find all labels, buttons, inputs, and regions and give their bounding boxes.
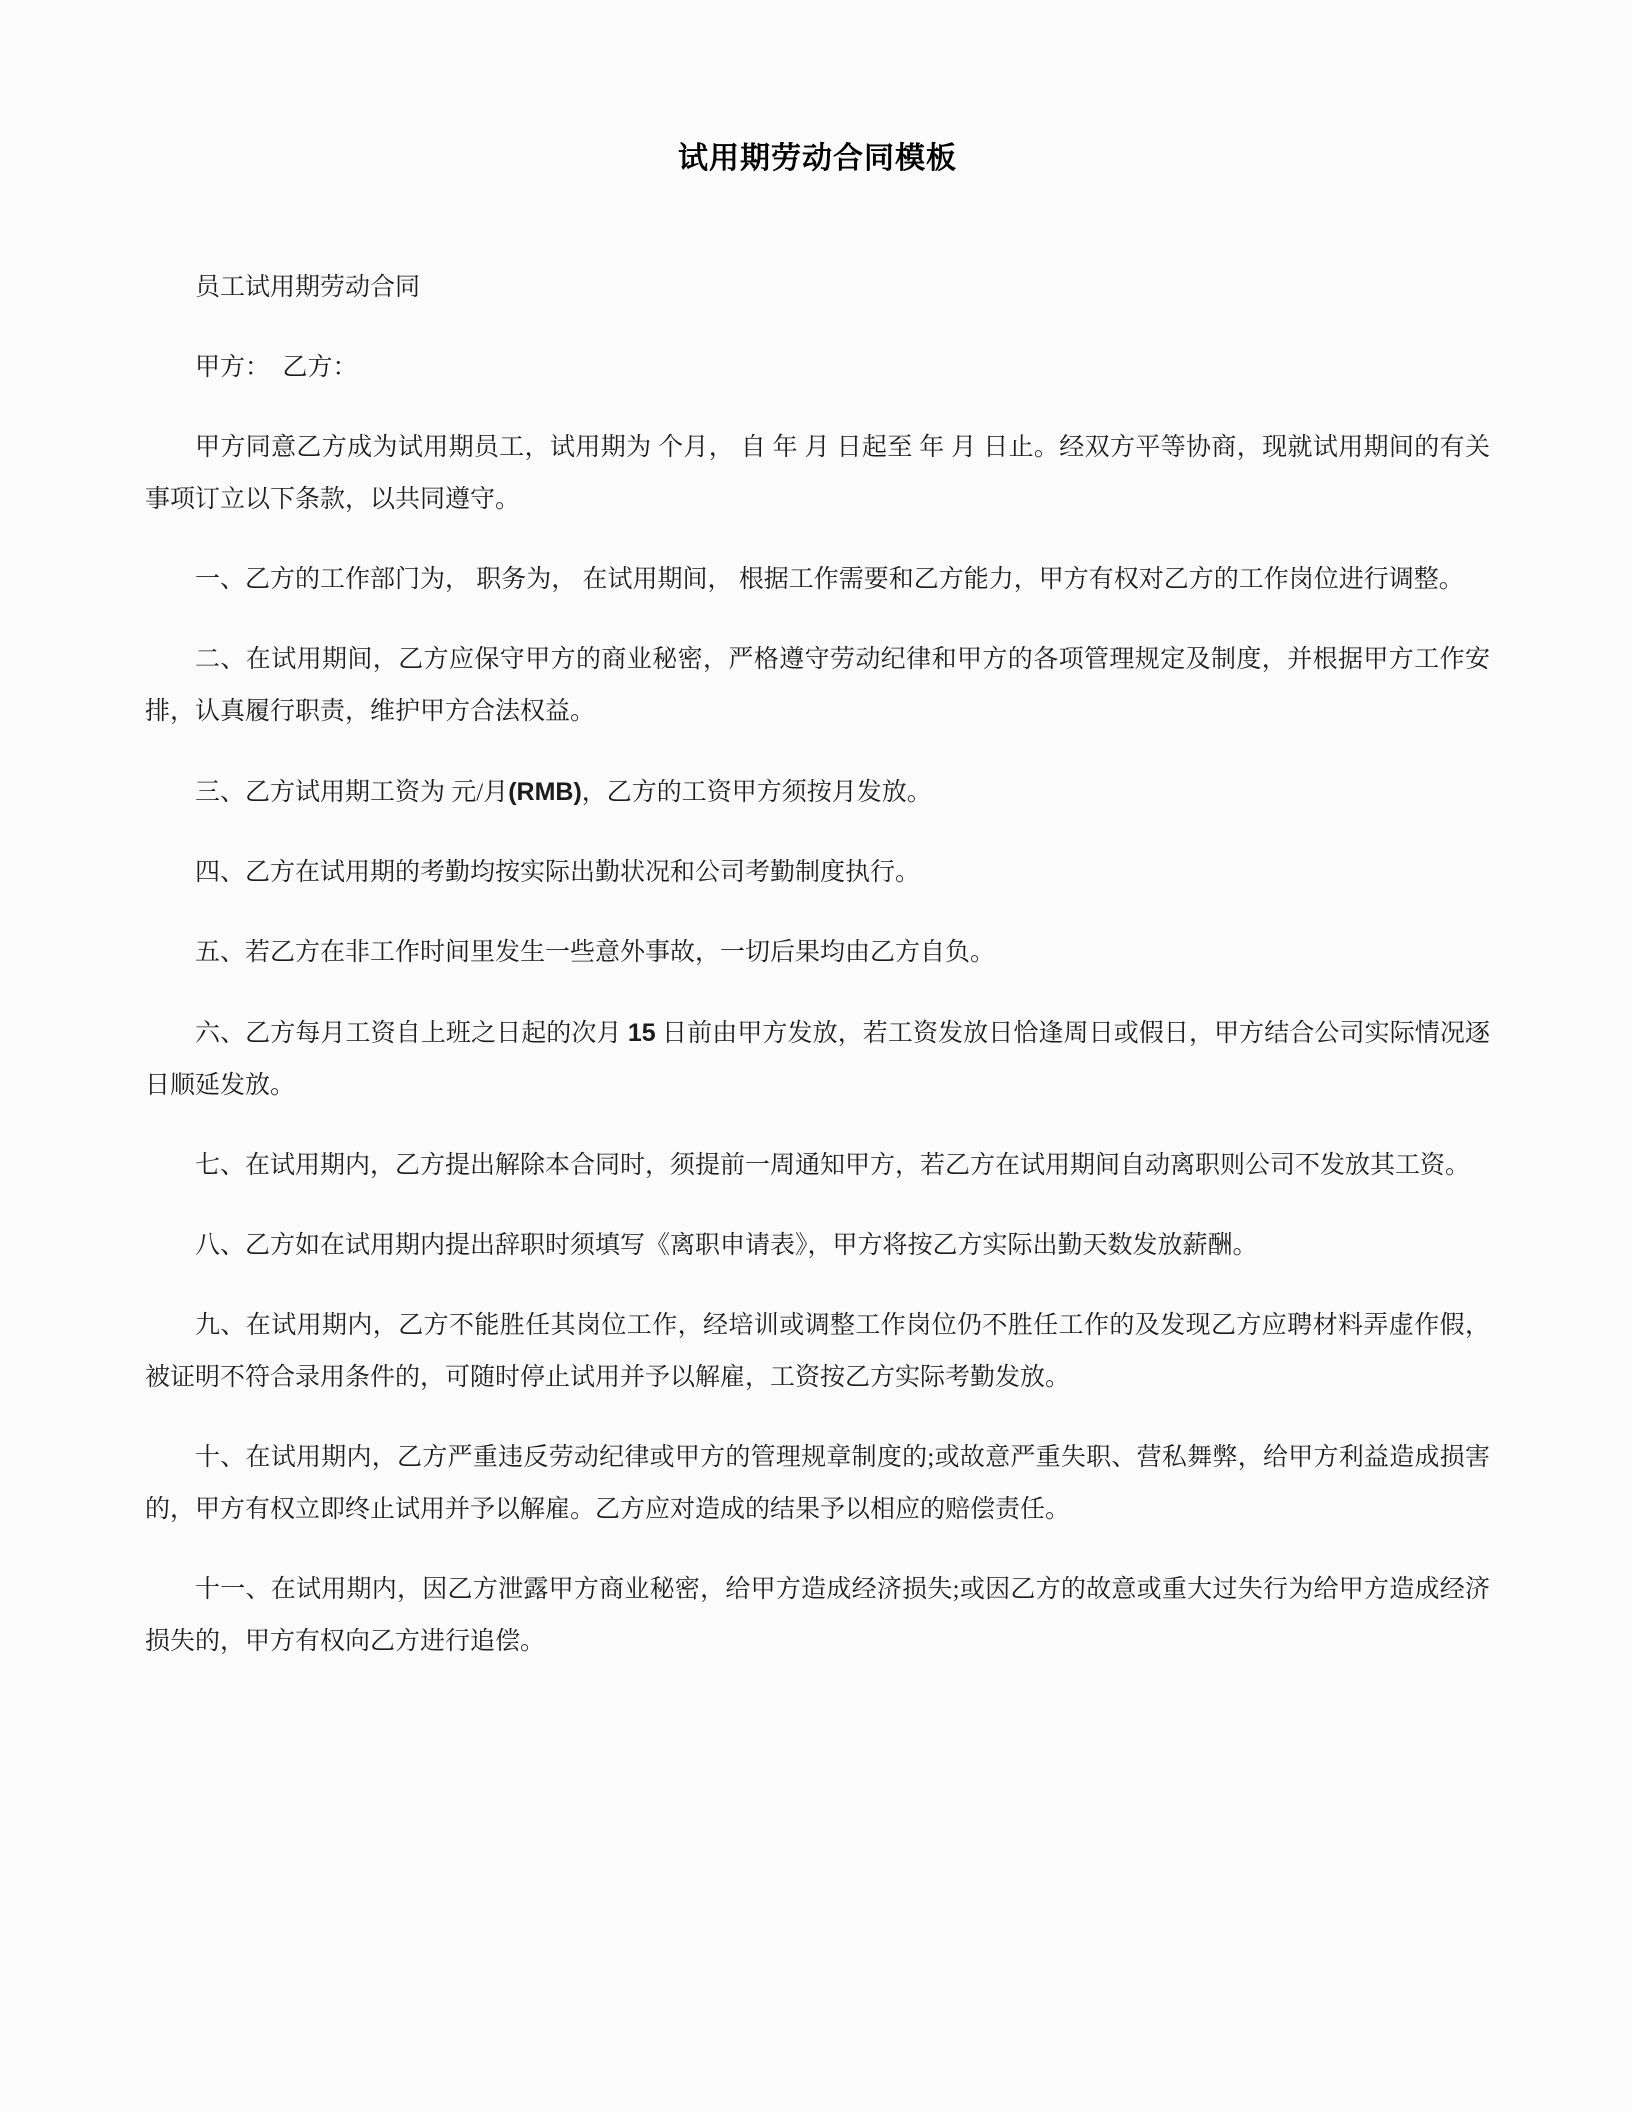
paragraph-run: 四、乙方在试用期的考勤均按实际出勤状况和公司考勤制度执行。 <box>195 859 920 886</box>
paragraph: 八、乙方如在试用期内提出辞职时须填写《离职申请表》，甲方将按乙方实际出勤天数发放… <box>145 1220 1490 1272</box>
paragraph: 四、乙方在试用期的考勤均按实际出勤状况和公司考勤制度执行。 <box>145 847 1490 899</box>
paragraph-run-bold: (RMB) <box>508 778 582 806</box>
paragraph-run: 三、乙方试用期工资为 元/月 <box>195 779 508 806</box>
paragraph-run: 一、乙方的工作部门为， 职务为， 在试用期间， 根据工作需要和乙方能力，甲方有权… <box>195 566 1464 593</box>
paragraph-run: 九、在试用期内，乙方不能胜任其岗位工作，经培训或调整工作岗位仍不胜任工作的及发现… <box>145 1312 1490 1391</box>
paragraph-run: ，乙方的工资甲方须按月发放。 <box>582 779 932 806</box>
document-body: 员工试用期劳动合同甲方： 乙方：甲方同意乙方成为试用期员工，试用期为 个月， 自… <box>145 262 1490 1668</box>
paragraph-run: 员工试用期劳动合同 <box>195 274 420 301</box>
paragraph-run: 十、在试用期内，乙方严重违反劳动纪律或甲方的管理规章制度的;或故意严重失职、营私… <box>145 1444 1490 1523</box>
paragraph: 员工试用期劳动合同 <box>145 262 1490 314</box>
paragraph: 二、在试用期间，乙方应保守甲方的商业秘密，严格遵守劳动纪律和甲方的各项管理规定及… <box>145 634 1490 738</box>
paragraph: 六、乙方每月工资自上班之日起的次月 15 日前由甲方发放，若工资发放日恰逢周日或… <box>145 1007 1490 1112</box>
document-page: 试用期劳动合同模板 员工试用期劳动合同甲方： 乙方：甲方同意乙方成为试用期员工，… <box>0 0 1632 2112</box>
document-title: 试用期劳动合同模板 <box>145 138 1490 180</box>
paragraph: 七、在试用期内，乙方提出解除本合同时，须提前一周通知甲方，若乙方在试用期间自动离… <box>145 1140 1490 1192</box>
paragraph: 甲方同意乙方成为试用期员工，试用期为 个月， 自 年 月 日起至 年 月 日止。… <box>145 422 1490 526</box>
paragraph-run: 五、若乙方在非工作时间里发生一些意外事故，一切后果均由乙方自负。 <box>195 939 995 966</box>
paragraph: 十一、在试用期内，因乙方泄露甲方商业秘密，给甲方造成经济损失;或因乙方的故意或重… <box>145 1564 1490 1668</box>
paragraph-run: 甲方同意乙方成为试用期员工，试用期为 个月， 自 年 月 日起至 年 月 日止。… <box>145 434 1490 513</box>
paragraph-run-bold: 15 <box>628 1019 656 1047</box>
paragraph-run: 二、在试用期间，乙方应保守甲方的商业秘密，严格遵守劳动纪律和甲方的各项管理规定及… <box>145 646 1490 725</box>
paragraph-run: 甲方： 乙方： <box>195 354 358 381</box>
paragraph-run: 六、乙方每月工资自上班之日起的次月 <box>195 1020 628 1047</box>
paragraph: 五、若乙方在非工作时间里发生一些意外事故，一切后果均由乙方自负。 <box>145 927 1490 979</box>
paragraph-run: 十一、在试用期内，因乙方泄露甲方商业秘密，给甲方造成经济损失;或因乙方的故意或重… <box>145 1576 1490 1655</box>
paragraph-run: 八、乙方如在试用期内提出辞职时须填写《离职申请表》，甲方将按乙方实际出勤天数发放… <box>195 1232 1258 1259</box>
paragraph: 一、乙方的工作部门为， 职务为， 在试用期间， 根据工作需要和乙方能力，甲方有权… <box>145 554 1490 606</box>
paragraph-run: 七、在试用期内，乙方提出解除本合同时，须提前一周通知甲方，若乙方在试用期间自动离… <box>195 1152 1470 1179</box>
paragraph: 甲方： 乙方： <box>145 342 1490 394</box>
paragraph: 十、在试用期内，乙方严重违反劳动纪律或甲方的管理规章制度的;或故意严重失职、营私… <box>145 1432 1490 1536</box>
paragraph: 三、乙方试用期工资为 元/月(RMB)，乙方的工资甲方须按月发放。 <box>145 766 1490 819</box>
paragraph: 九、在试用期内，乙方不能胜任其岗位工作，经培训或调整工作岗位仍不胜任工作的及发现… <box>145 1300 1490 1404</box>
